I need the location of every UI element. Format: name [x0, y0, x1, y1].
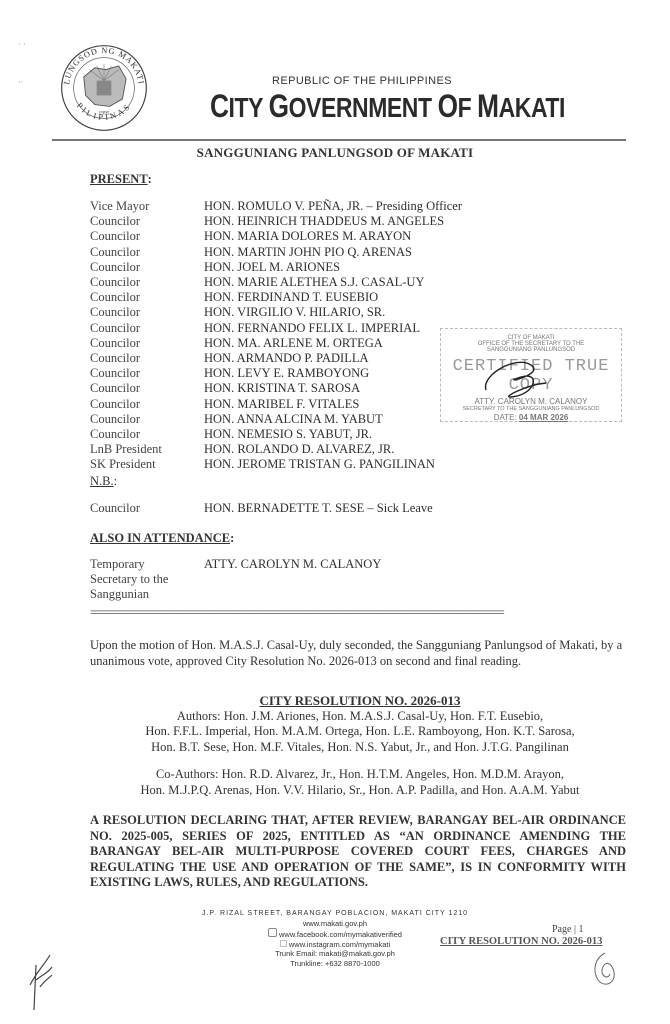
member-row: CouncilorHON. KRISTINA T. SAROSA — [90, 381, 360, 396]
makati-seal-icon: 1995 LUNGSOD NG MAKATI PILIPINAS — [58, 42, 150, 134]
member-role: Councilor — [90, 245, 204, 260]
scan-speck: · · — [18, 40, 26, 49]
nb-row: CouncilorHON. BERNADETTE T. SESE – Sick … — [90, 501, 433, 516]
member-name: HON. HEINRICH THADDEUS M. ANGELES — [204, 214, 444, 228]
member-role: Councilor — [90, 381, 204, 396]
member-row: Vice MayorHON. ROMULO V. PEÑA, JR. – Pre… — [90, 199, 462, 214]
member-name: HON. MARIBEL F. VITALES — [204, 397, 359, 411]
member-role: Councilor — [90, 290, 204, 305]
coauthors-line: Hon. M.J.P.Q. Arenas, Hon. V.V. Hilario,… — [90, 783, 630, 799]
facebook-icon — [268, 928, 277, 937]
member-role: Councilor — [90, 366, 204, 381]
member-role: Councilor — [90, 260, 204, 275]
signature-icon — [476, 345, 556, 405]
authors-line: Authors: Hon. J.M. Ariones, Hon. M.A.S.J… — [90, 709, 630, 725]
resolution-title: A RESOLUTION DECLARING THAT, AFTER REVIE… — [90, 813, 626, 891]
member-name: HON. MA. ARLENE M. ORTEGA — [204, 336, 383, 350]
member-name: HON. KRISTINA T. SAROSA — [204, 381, 360, 395]
authors-line: Hon. B.T. Sese, Hon. M.F. Vitales, Hon. … — [90, 740, 630, 756]
footer-website-link[interactable]: www.makati.gov.ph — [150, 919, 520, 929]
present-heading: PRESENT: — [90, 172, 152, 187]
member-row: CouncilorHON. NEMESIO S. YABUT, JR. — [90, 427, 372, 442]
role-line: Sanggunian — [90, 587, 149, 601]
footer-facebook-link[interactable]: www.facebook.com/mymakativerified — [279, 930, 402, 939]
footer-address: J.P. RIZAL STREET, BARANGAY POBLACION, M… — [150, 909, 520, 919]
member-row: CouncilorHON. MARIBEL F. VITALES — [90, 397, 359, 412]
member-role: Councilor — [90, 214, 204, 229]
resolution-heading: CITY RESOLUTION NO. 2026-013 — [90, 693, 630, 709]
member-role: LnB President — [90, 442, 204, 457]
member-row: CouncilorHON. MA. ARLENE M. ORTEGA — [90, 336, 383, 351]
attendance-row: Temporary Secretary to the Sanggunian AT… — [90, 557, 381, 602]
nb-role: Councilor — [90, 501, 204, 516]
initials-mark-icon — [590, 950, 620, 990]
member-role: SK President — [90, 457, 204, 472]
member-row: CouncilorHON. VIRGILIO V. HILARIO, SR. — [90, 305, 385, 320]
member-role: Councilor — [90, 351, 204, 366]
nb-name: HON. BERNADETTE T. SESE – Sick Leave — [204, 501, 433, 515]
member-name: HON. MARIA DOLORES M. ARAYON — [204, 229, 411, 243]
member-row: CouncilorHON. FERNANDO FELIX L. IMPERIAL — [90, 321, 420, 336]
resolution-header-block: CITY RESOLUTION NO. 2026-013 Authors: Ho… — [90, 693, 630, 798]
member-row: CouncilorHON. MARIE ALETHEA S.J. CASAL-U… — [90, 275, 425, 290]
member-name: HON. NEMESIO S. YABUT, JR. — [204, 427, 372, 441]
member-role: Councilor — [90, 427, 204, 442]
member-row: CouncilorHON. LEVY E. RAMBOYONG — [90, 366, 369, 381]
coauthors-line: Co-Authors: Hon. R.D. Alvarez, Jr., Hon.… — [90, 767, 630, 783]
attendance-role: Temporary Secretary to the Sanggunian — [90, 557, 204, 602]
council-name: SANGGUNIANG PANLUNGSOD OF MAKATI — [0, 145, 670, 161]
header-divider — [52, 139, 626, 141]
member-role: Councilor — [90, 412, 204, 427]
authors-line: Hon. F.F.L. Imperial, Hon. M.A.M. Ortega… — [90, 724, 630, 740]
member-name: HON. MARTIN JOHN PIO Q. ARENAS — [204, 245, 412, 259]
instagram-icon — [280, 940, 287, 947]
attendance-heading: ALSO IN ATTENDANCE: — [90, 531, 234, 546]
certified-true-copy-stamp: CITY OF MAKATI OFFICE OF THE SECRETARY T… — [440, 328, 622, 422]
separator-line: ========================================… — [90, 608, 620, 620]
member-name: HON. ROMULO V. PEÑA, JR. – Presiding Off… — [204, 199, 462, 213]
footer-resolution-ref: CITY RESOLUTION NO. 2026-013 — [440, 936, 602, 947]
member-name: HON. JOEL M. ARIONES — [204, 260, 340, 274]
page-number: Page | 1 — [552, 924, 583, 935]
member-row: CouncilorHON. MARIA DOLORES M. ARAYON — [90, 229, 411, 244]
member-row: LnB PresidentHON. ROLANDO D. ALVAREZ, JR… — [90, 442, 394, 457]
footer-trunkline: Trunkline: +632 8870-1000 — [150, 959, 520, 969]
member-name: HON. ROLANDO D. ALVAREZ, JR. — [204, 442, 394, 456]
footer-instagram-link[interactable]: www.instagram.com/mymakati — [289, 940, 390, 949]
member-role: Councilor — [90, 336, 204, 351]
scan-speck: ·· — [18, 78, 23, 87]
stamp-date: DATE: 04 MAR 2026 — [441, 413, 621, 422]
member-row: CouncilorHON. ANNA ALCINA M. YABUT — [90, 412, 383, 427]
member-role: Councilor — [90, 229, 204, 244]
member-name: HON. ANNA ALCINA M. YABUT — [204, 412, 383, 426]
republic-label: REPUBLIC OF THE PHILIPPINES — [272, 75, 452, 87]
role-line: Temporary — [90, 557, 145, 571]
member-role: Councilor — [90, 305, 204, 320]
role-line: Secretary to the — [90, 572, 168, 586]
initials-signature-icon — [22, 945, 58, 1015]
member-name: HON. JEROME TRISTAN G. PANGILINAN — [204, 457, 435, 471]
member-role: Councilor — [90, 275, 204, 290]
stamp-title: SECRETARY TO THE SANGGUNIANG PANLUNGSOD — [441, 406, 621, 412]
member-name: HON. MARIE ALETHEA S.J. CASAL-UY — [204, 275, 425, 289]
member-name: HON. ARMANDO P. PADILLA — [204, 351, 369, 365]
nb-heading: N.B.: — [90, 474, 117, 489]
member-row: CouncilorHON. ARMANDO P. PADILLA — [90, 351, 369, 366]
member-name: HON. FERNANDO FELIX L. IMPERIAL — [204, 321, 420, 335]
member-row: CouncilorHON. JOEL M. ARIONES — [90, 260, 340, 275]
member-row: CouncilorHON. MARTIN JOHN PIO Q. ARENAS — [90, 245, 412, 260]
motion-paragraph: Upon the motion of Hon. M.A.S.J. Casal-U… — [90, 637, 630, 669]
member-name: HON. FERDINAND T. EUSEBIO — [204, 290, 378, 304]
member-name: HON. VIRGILIO V. HILARIO, SR. — [204, 305, 385, 319]
footer-email[interactable]: Trunk Email: makati@makati.gov.ph — [150, 949, 520, 959]
attendance-name: ATTY. CAROLYN M. CALANOY — [204, 557, 381, 571]
member-row: CouncilorHON. FERDINAND T. EUSEBIO — [90, 290, 378, 305]
member-name: HON. LEVY E. RAMBOYONG — [204, 366, 369, 380]
member-role: Councilor — [90, 321, 204, 336]
member-role: Councilor — [90, 397, 204, 412]
city-government-title: CITY GOVERNMENT OF MAKATI — [210, 88, 565, 125]
member-row: CouncilorHON. HEINRICH THADDEUS M. ANGEL… — [90, 214, 444, 229]
member-row: SK PresidentHON. JEROME TRISTAN G. PANGI… — [90, 457, 435, 472]
member-role: Vice Mayor — [90, 199, 204, 214]
